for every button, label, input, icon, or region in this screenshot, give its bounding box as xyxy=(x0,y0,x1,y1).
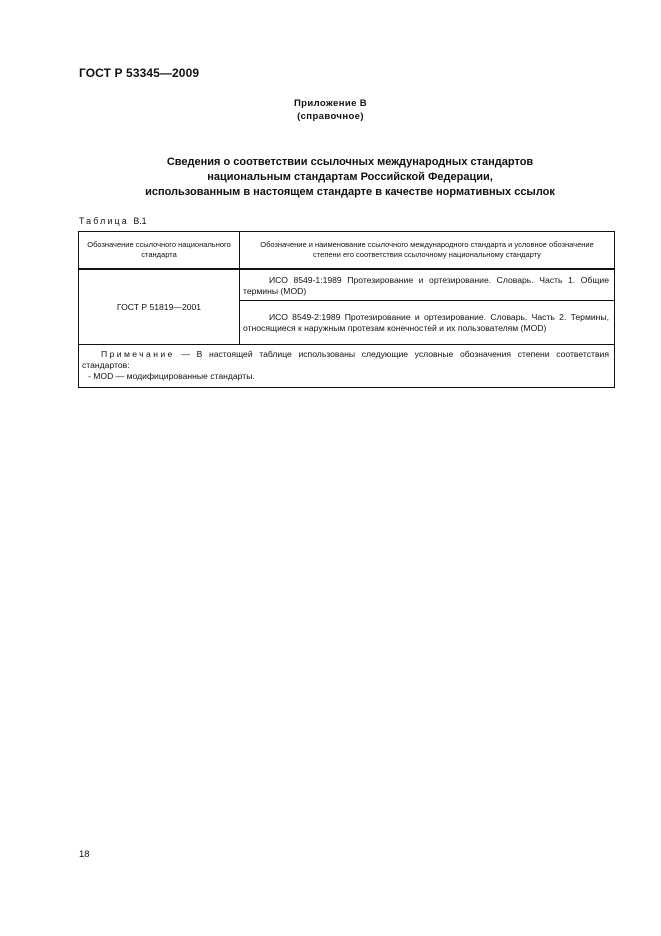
correspondence-table: Обозначение ссылочного национального ста… xyxy=(78,231,615,388)
title-line: национальным стандартам Российской Федер… xyxy=(0,170,661,185)
table-caption: Таблица В.1 xyxy=(79,216,147,226)
international-standard-text: ИСО 8549-1:1989 Протезирование и ортезир… xyxy=(243,275,609,296)
header-national-standard: Обозначение ссылочного национального ста… xyxy=(79,232,240,270)
note-item: - MOD — модифицированные стандарты. xyxy=(88,371,255,381)
note-label: Примечание xyxy=(101,349,175,359)
table-caption-number: В.1 xyxy=(133,216,146,226)
international-standard-text: ИСО 8549-2:1989 Протезирование и ортезир… xyxy=(243,312,609,333)
table-note: Примечание — В настоящей таблице использ… xyxy=(79,345,615,388)
title-line: использованным в настоящем стандарте в к… xyxy=(0,185,661,200)
header-international-standard: Обозначение и наименование ссылочного ме… xyxy=(240,232,615,270)
appendix-type: (справочное) xyxy=(0,110,661,123)
document-code: ГОСТ Р 53345—2009 xyxy=(79,66,199,80)
table-note-row: Примечание — В настоящей таблице использ… xyxy=(79,345,615,388)
title-line: Сведения о соответствии ссылочных междун… xyxy=(0,155,661,170)
table-header-row: Обозначение ссылочного национального ста… xyxy=(79,232,615,270)
table-caption-word: Таблица xyxy=(79,216,129,226)
table-row: ГОСТ Р 51819—2001 ИСО 8549-1:1989 Протез… xyxy=(79,269,615,301)
national-standard-cell: ГОСТ Р 51819—2001 xyxy=(79,269,240,345)
appendix-heading: Приложение В (справочное) xyxy=(0,97,661,123)
section-title: Сведения о соответствии ссылочных междун… xyxy=(0,155,661,200)
appendix-label: Приложение В xyxy=(0,97,661,110)
international-standard-cell: ИСО 8549-1:1989 Протезирование и ортезир… xyxy=(240,269,615,301)
page-number: 18 xyxy=(79,849,90,860)
international-standard-cell: ИСО 8549-2:1989 Протезирование и ортезир… xyxy=(240,301,615,345)
